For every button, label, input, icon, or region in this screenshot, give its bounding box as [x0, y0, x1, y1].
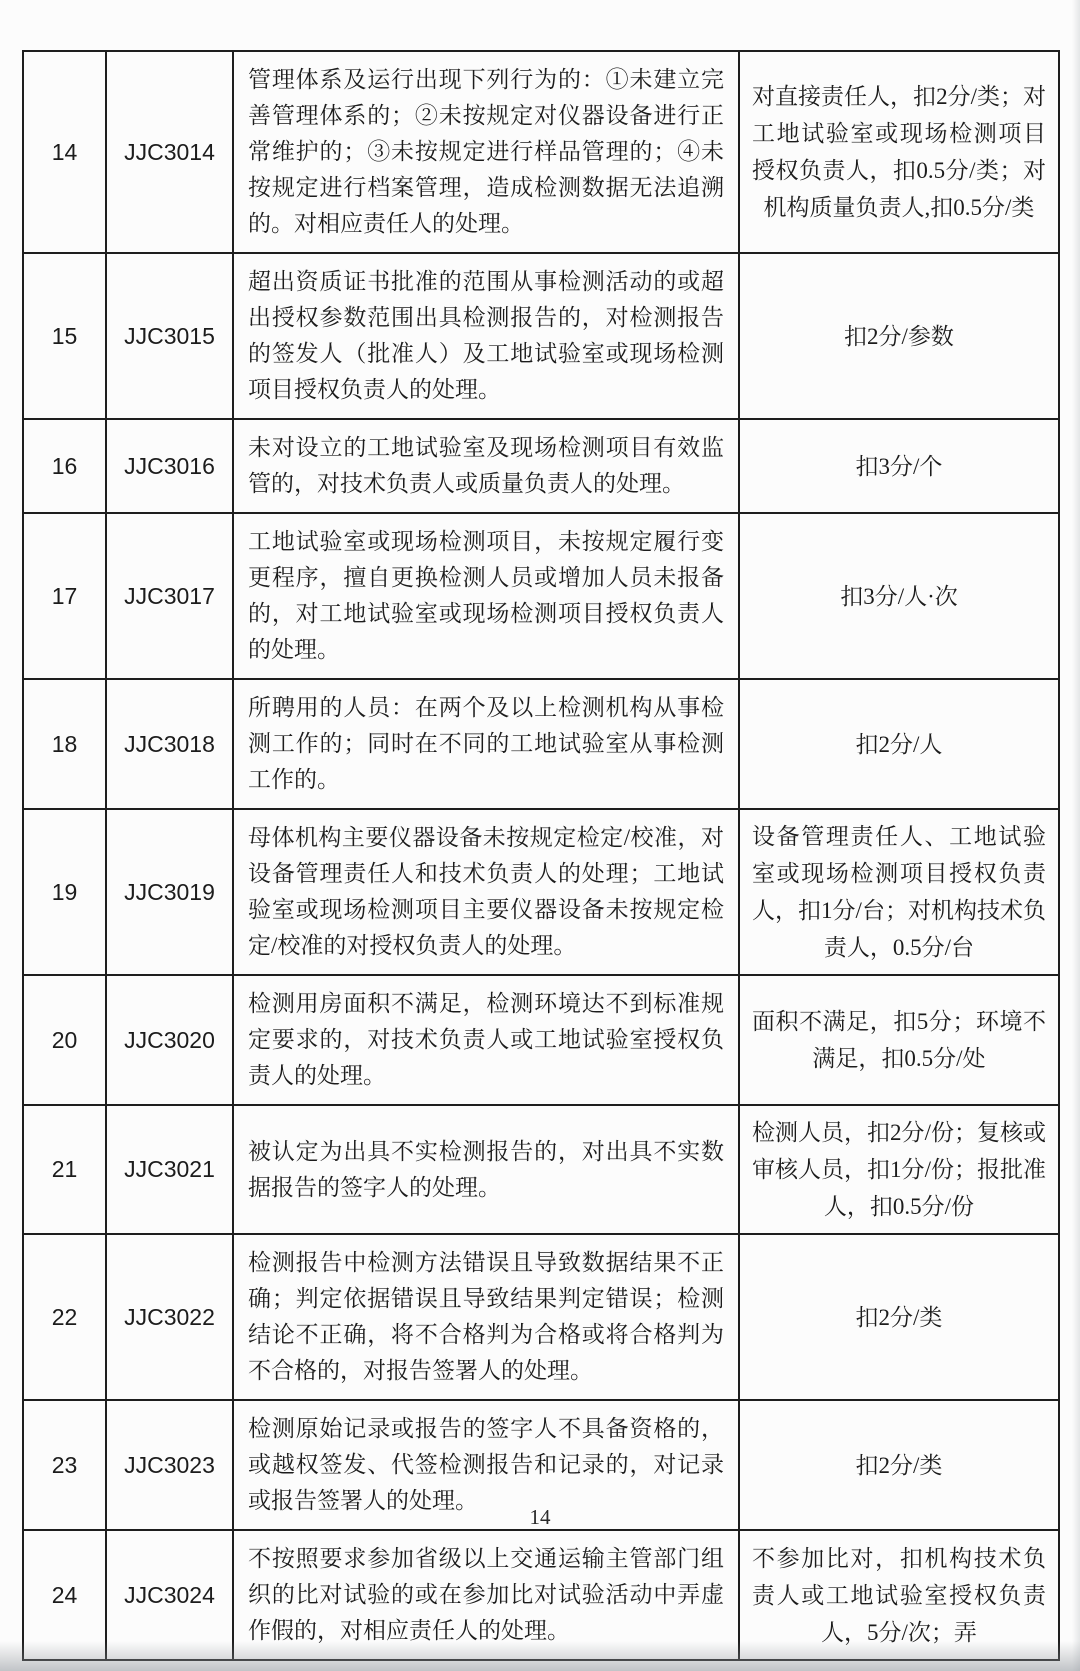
row-penalty-cell: 面积不满足，扣5分；环境不满足，扣0.5分/处: [739, 975, 1059, 1105]
table-row: 21 JJC3021 被认定为出具不实检测报告的，对出具不实数据报告的签字人的处…: [23, 1105, 1059, 1234]
row-number-cell: 20: [23, 975, 106, 1105]
row-description-cell: 管理体系及运行出现下列行为的：①未建立完善管理体系的；②未按规定对仪器设备进行正…: [233, 51, 739, 253]
table-row: 19 JJC3019 母体机构主要仪器设备未按规定检定/校准，对设备管理责任人和…: [23, 809, 1059, 975]
row-code-cell: JJC3019: [106, 809, 233, 975]
table-row: 24 JJC3024 不按照要求参加省级以上交通运输主管部门组织的比对试验的或在…: [23, 1530, 1059, 1660]
row-code-cell: JJC3022: [106, 1234, 233, 1400]
table-body: 14 JJC3014 管理体系及运行出现下列行为的：①未建立完善管理体系的；②未…: [23, 51, 1059, 1660]
row-description-cell: 所聘用的人员：在两个及以上检测机构从事检测工作的；同时在不同的工地试验室从事检测…: [233, 679, 739, 809]
row-penalty-cell: 扣2分/人: [739, 679, 1059, 809]
row-penalty-cell: 扣2分/类: [739, 1234, 1059, 1400]
row-code-cell: JJC3021: [106, 1105, 233, 1234]
row-number-cell: 17: [23, 513, 106, 679]
row-code-cell: JJC3017: [106, 513, 233, 679]
table-row: 16 JJC3016 未对设立的工地试验室及现场检测项目有效监管的，对技术负责人…: [23, 419, 1059, 513]
row-penalty-cell: 不参加比对，扣机构技术负责人或工地试验室授权负责人，5分/次；弄: [739, 1530, 1059, 1660]
table-row: 18 JJC3018 所聘用的人员：在两个及以上检测机构从事检测工作的；同时在不…: [23, 679, 1059, 809]
row-code-cell: JJC3015: [106, 253, 233, 419]
row-number-cell: 22: [23, 1234, 106, 1400]
table-row: 20 JJC3020 检测用房面积不满足，检测环境达不到标准规定要求的，对技术负…: [23, 975, 1059, 1105]
row-code-cell: JJC3014: [106, 51, 233, 253]
row-penalty-cell: 对直接责任人，扣2分/类；对工地试验室或现场检测项目授权负责人，扣0.5分/类；…: [739, 51, 1059, 253]
row-description-cell: 未对设立的工地试验室及现场检测项目有效监管的，对技术负责人或质量负责人的处理。: [233, 419, 739, 513]
row-penalty-cell: 设备管理责任人、工地试验室或现场检测项目授权负责人，扣1分/台；对机构技术负责人…: [739, 809, 1059, 975]
row-description-cell: 检测报告中检测方法错误且导致数据结果不正确；判定依据错误且导致结果判定错误；检测…: [233, 1234, 739, 1400]
row-penalty-cell: 扣3分/人·次: [739, 513, 1059, 679]
row-description-cell: 被认定为出具不实检测报告的，对出具不实数据报告的签字人的处理。: [233, 1105, 739, 1234]
table-row: 14 JJC3014 管理体系及运行出现下列行为的：①未建立完善管理体系的；②未…: [23, 51, 1059, 253]
row-number-cell: 24: [23, 1530, 106, 1660]
row-description-cell: 工地试验室或现场检测项目，未按规定履行变更程序，擅自更换检测人员或增加人员未报备…: [233, 513, 739, 679]
page-number: 14: [0, 1505, 1080, 1530]
row-description-cell: 不按照要求参加省级以上交通运输主管部门组织的比对试验的或在参加比对试验活动中弄虚…: [233, 1530, 739, 1660]
row-description-cell: 超出资质证书批准的范围从事检测活动的或超出授权参数范围出具检测报告的，对检测报告…: [233, 253, 739, 419]
row-description-cell: 检测用房面积不满足，检测环境达不到标准规定要求的，对技术负责人或工地试验室授权负…: [233, 975, 739, 1105]
row-code-cell: JJC3016: [106, 419, 233, 513]
penalty-table: 14 JJC3014 管理体系及运行出现下列行为的：①未建立完善管理体系的；②未…: [22, 50, 1060, 1661]
row-number-cell: 19: [23, 809, 106, 975]
row-number-cell: 15: [23, 253, 106, 419]
row-code-cell: JJC3018: [106, 679, 233, 809]
document-page: 14 JJC3014 管理体系及运行出现下列行为的：①未建立完善管理体系的；②未…: [0, 0, 1080, 1671]
table-row: 15 JJC3015 超出资质证书批准的范围从事检测活动的或超出授权参数范围出具…: [23, 253, 1059, 419]
row-code-cell: JJC3020: [106, 975, 233, 1105]
scan-edge-shadow: [1072, 0, 1080, 1671]
row-number-cell: 16: [23, 419, 106, 513]
row-number-cell: 18: [23, 679, 106, 809]
row-code-cell: JJC3024: [106, 1530, 233, 1660]
table-row: 22 JJC3022 检测报告中检测方法错误且导致数据结果不正确；判定依据错误且…: [23, 1234, 1059, 1400]
row-penalty-cell: 扣3分/个: [739, 419, 1059, 513]
row-penalty-cell: 扣2分/参数: [739, 253, 1059, 419]
row-description-cell: 母体机构主要仪器设备未按规定检定/校准，对设备管理责任人和技术负责人的处理；工地…: [233, 809, 739, 975]
table-row: 17 JJC3017 工地试验室或现场检测项目，未按规定履行变更程序，擅自更换检…: [23, 513, 1059, 679]
row-number-cell: 21: [23, 1105, 106, 1234]
row-penalty-cell: 检测人员，扣2分/份；复核或审核人员，扣1分/份；报批准人，扣0.5分/份: [739, 1105, 1059, 1234]
row-number-cell: 14: [23, 51, 106, 253]
